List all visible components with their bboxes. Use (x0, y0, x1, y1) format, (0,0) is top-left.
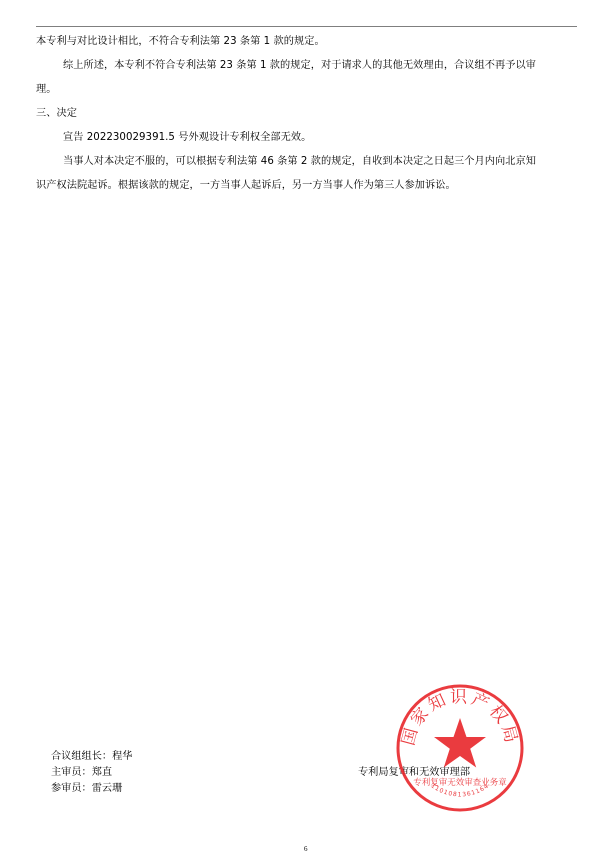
signature-chief-examiner: 主审员：郑直 (51, 767, 112, 779)
paragraph-summary: 综上所述，本专利不符合专利法第 23 条第 1 款的规定，对于请求人的其他无效理… (63, 60, 578, 72)
official-seal: 国家知识产权局 专利复审无效审查业务章 1101081361164 (395, 683, 525, 813)
paragraph-comparison-conclusion: 本专利与对比设计相比，不符合专利法第 23 条第 1 款的规定。 (36, 36, 578, 48)
star-icon (434, 718, 486, 768)
page-number: 6 (304, 845, 308, 853)
seal-inner-text: 专利复审无效审查业务章 (413, 777, 507, 788)
header-rule (36, 26, 577, 27)
paragraph-appeal-rights: 当事人对本决定不服的，可以根据专利法第 46 条第 2 款的规定，自收到本决定之… (63, 156, 578, 168)
paragraph-summary-continued: 理。 (36, 84, 578, 96)
signature-examiner: 参审员：雷云珊 (51, 783, 122, 795)
signature-panel-leader: 合议组组长：程华 (51, 751, 133, 763)
paragraph-decision: 宣告 202230029391.5 号外观设计专利权全部无效。 (63, 132, 578, 144)
section-heading-decision: 三、决定 (36, 108, 578, 120)
paragraph-appeal-rights-continued: 识产权法院起诉。根据该款的规定，一方当事人起诉后，另一方当事人作为第三人参加诉讼… (36, 180, 578, 192)
